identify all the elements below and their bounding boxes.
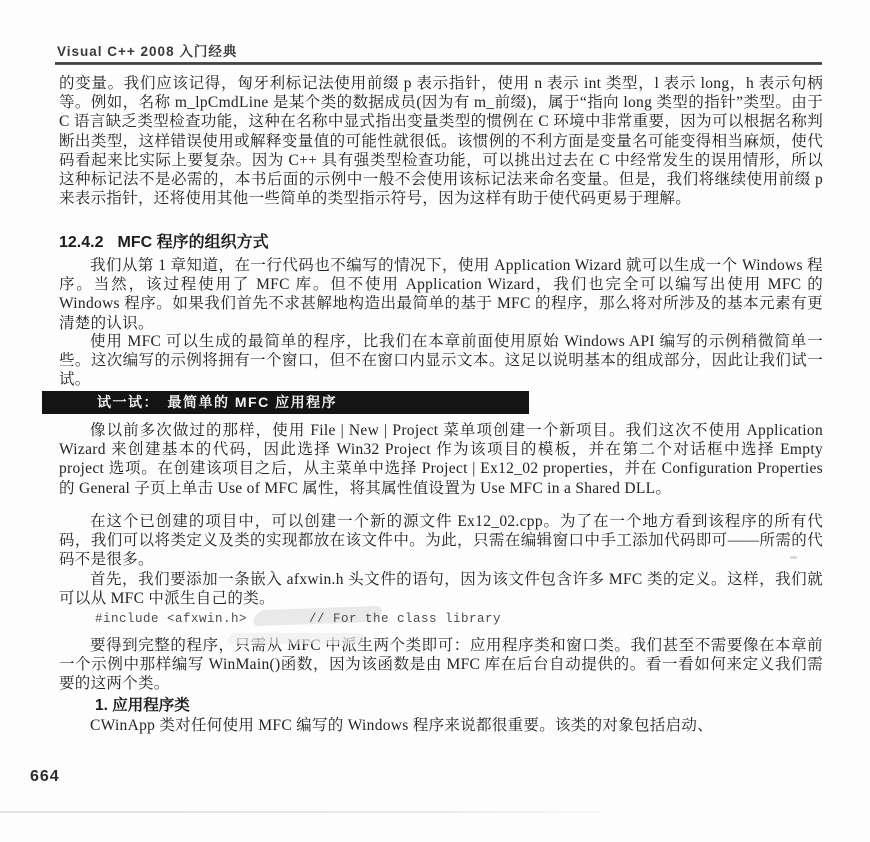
scanned-book-page: { "header": { "title": "Visual C++ 2008 …	[0, 0, 870, 842]
code-line: #include <afxwin.h>// For the class libr…	[95, 612, 501, 626]
paragraph-cwinapp: CWinApp 类对任何使用 MFC 编写的 Windows 程序来说都很重要。…	[59, 716, 823, 735]
bottom-scan-rule	[0, 811, 600, 813]
paragraph-simplest-program: 使用 MFC 可以生成的最简单的程序，比我们在本章前面使用原始 Windows …	[59, 332, 823, 390]
sub-heading-application-class: 1. 应用程序类	[95, 693, 190, 715]
section-heading-12-4-2: 12.4.2MFC 程序的组织方式	[59, 229, 269, 252]
running-header-title: Visual C++ 2008 入门经典	[57, 40, 237, 60]
paragraph-source-file: 在这个已创建的项目中，可以创建一个新的源文件 Ex12_02.cpp。为了在一个…	[59, 512, 823, 570]
paragraph-include-statement: 首先，我们要添加一条嵌入 afxwin.h 头文件的语句，因为该文件包含许多 M…	[59, 570, 823, 608]
scan-speck	[790, 556, 797, 559]
section-number: 12.4.2	[59, 234, 103, 251]
paragraph-two-classes: 要得到完整的程序，只需从 MFC 中派生两个类即可：应用程序类和窗口类。我们甚至…	[59, 636, 823, 694]
section-title: MFC 程序的组织方式	[117, 234, 268, 251]
code-include-directive: #include <afxwin.h>	[95, 612, 247, 626]
paragraph-create-project: 像以前多次做过的那样，使用 File | New | Project 菜单项创建…	[59, 421, 823, 498]
paragraph-application-wizard: 我们从第 1 章知道，在一行代码也不编写的情况下，使用 Application …	[59, 256, 823, 333]
scan-watermark-blob	[226, 633, 365, 644]
header-rule	[55, 62, 822, 65]
try-it-banner: 试一试： 最简单的 MFC 应用程序	[42, 391, 529, 414]
page-number: 664	[30, 768, 60, 786]
code-comment: // For the class library	[309, 612, 501, 626]
paragraph-hungarian-notation: 的变量。我们应该记得，匈牙利标记法使用前缀 p 表示指针，使用 n 表示 int…	[59, 74, 823, 208]
